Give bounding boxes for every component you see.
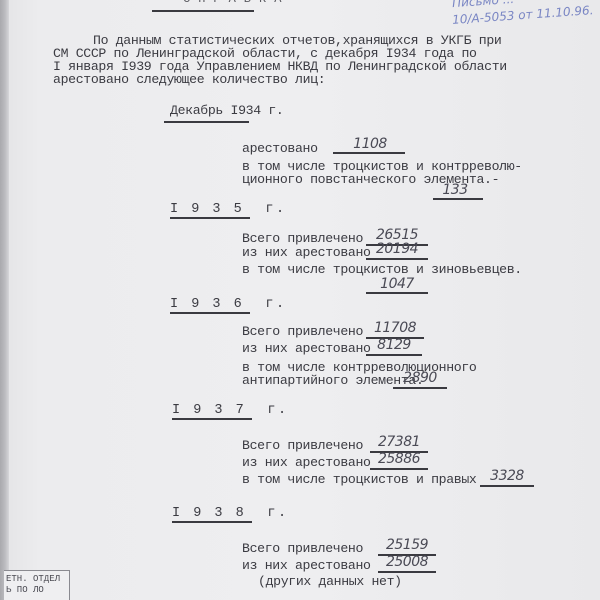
heading-underline: [170, 217, 250, 219]
value-arrested-1937: 25886: [370, 451, 428, 467]
note-no-other-data: (других данных нет): [258, 575, 402, 589]
section-heading-1935: I 9 3 5 г.: [170, 202, 287, 217]
section-heading-1938: I 9 3 8 г.: [172, 506, 289, 521]
value-underline: [393, 387, 447, 389]
heading-underline: [170, 312, 250, 314]
label-line: в том числе троцкистов и зиновьевцев.: [242, 263, 522, 277]
label-arrested: из них арестовано: [242, 246, 371, 260]
document-page: СПРАВКА Письмо ... 10/А-5053 от 11.10.96…: [0, 0, 600, 600]
value-underline: [433, 198, 483, 200]
value-arrested-1935: 20194: [366, 241, 428, 257]
value-underline: [378, 571, 436, 573]
label-total: Всего привлечено: [242, 439, 363, 453]
document-title: СПРАВКА: [183, 0, 275, 6]
value-arrested-1938: 25008: [378, 554, 436, 570]
heading-underline: [164, 121, 249, 123]
value-underline: [366, 292, 428, 294]
archive-stamp: ЕТН. ОТДЕЛ Ь ПО ЛО: [4, 570, 70, 600]
label-arrested: из них арестовано: [242, 559, 371, 573]
value-arrested-1934: 1108: [335, 136, 405, 152]
value-total-1936: 11708: [366, 320, 424, 336]
value-total-1938: 25159: [378, 537, 436, 553]
value-total-1937: 27381: [370, 434, 428, 450]
heading-underline: [172, 521, 252, 523]
label-arrested: из них арестовано: [242, 456, 371, 470]
section-heading-dec-1934: Декабрь I934 г.: [170, 104, 283, 118]
value-underline: [366, 354, 422, 356]
archive-stamp-line2: Ь ПО ЛО: [6, 585, 69, 596]
binding-edge: [0, 0, 9, 600]
label-arrested: из них арестовано: [242, 342, 371, 356]
section-heading-1936: I 9 3 6 г.: [170, 297, 287, 312]
archive-stamp-line1: ЕТН. ОТДЕЛ: [6, 574, 69, 585]
title-underline: [152, 10, 254, 12]
label-arrested: арестовано: [242, 142, 318, 156]
value-antiparty-1936: 2890: [393, 370, 447, 386]
value-trotskyists-rights-1937: 3328: [480, 468, 534, 484]
label-total: Всего привлечено: [242, 542, 363, 556]
value-trotskyists-1934: 133: [430, 182, 480, 198]
label-total: Всего привлечено: [242, 325, 363, 339]
value-arrested-1936: 8129: [366, 337, 422, 353]
intro-line-4: арестовано следующее количество лиц:: [53, 73, 325, 87]
label-total: Всего привлечено: [242, 232, 363, 246]
section-heading-1937: I 9 3 7 г.: [172, 403, 289, 418]
value-underline: [366, 258, 428, 260]
value-underline: [480, 485, 534, 487]
value-underline: [333, 152, 405, 154]
label-line: в том числе троцкистов и правых: [242, 473, 476, 487]
value-trotskyists-1935: 1047: [366, 276, 428, 292]
value-underline: [370, 468, 428, 470]
heading-underline: [172, 418, 252, 420]
